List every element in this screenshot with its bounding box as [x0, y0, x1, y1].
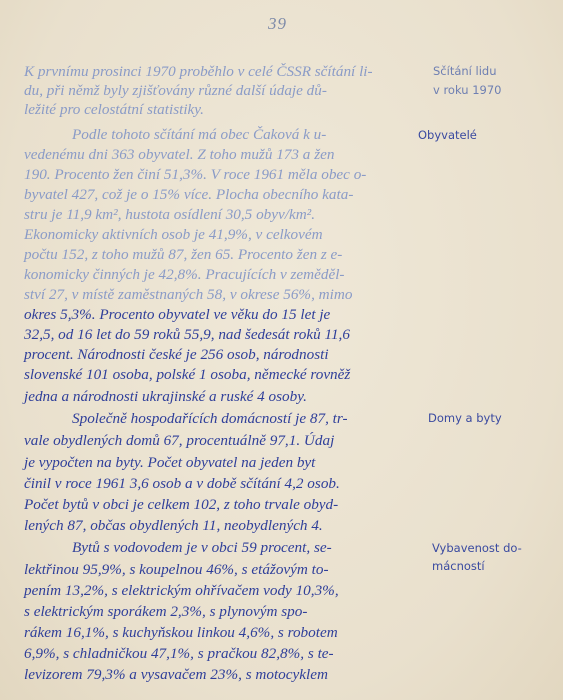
margin-note-residents: Obyvatelé [418, 130, 477, 142]
body-line: K prvnímu prosinci 1970 proběhlo v celé … [24, 64, 373, 79]
body-line: Společně hospodařících domácností je 87,… [72, 411, 348, 426]
body-line: konomicky činných je 42,8%. Pracujících … [24, 267, 345, 282]
body-line: lektřinou 95,9%, s koupelnou 46%, s etáž… [24, 562, 329, 577]
margin-note-census-heading: Sčítání lidu [433, 66, 497, 78]
body-line: lených 87, občas obydlených 11, neobydle… [24, 518, 323, 533]
body-line: činil v roce 1961 3,6 osob a v době sčít… [24, 476, 340, 491]
body-line: byvatel 427, což je o 15% více. Plocha o… [24, 187, 353, 202]
body-line: Podle tohoto sčítání má obec Čaková k u- [72, 127, 326, 142]
body-line: 6,9%, s chladničkou 47,1%, s pračkou 82,… [24, 646, 334, 661]
body-line: 190. Procento žen činí 51,3%. V roce 196… [24, 167, 366, 182]
page-number: 39 [268, 14, 287, 34]
margin-note-census-heading: v roku 1970 [433, 85, 502, 97]
body-line: Ekonomicky aktivních osob je 41,9%, v ce… [24, 227, 323, 242]
body-line: rákem 16,1%, s kuchyňskou linkou 4,6%, s… [24, 625, 338, 640]
body-line: Bytů s vodovodem je v obci 59 procent, s… [72, 540, 332, 555]
body-line: 32,5, od 16 let do 59 roků 55,9, nad šed… [24, 327, 350, 342]
margin-note-houses-flats: Domy a byty [428, 413, 502, 425]
body-line: je vypočten na byty. Počet obyvatel na j… [24, 455, 315, 470]
body-line: pením 13,2%, s elektrickým ohřívačem vod… [24, 583, 339, 598]
margin-note-household-equipment: mácností [432, 561, 485, 573]
body-line: stru je 11,9 km², hustota osídlení 30,5 … [24, 207, 315, 222]
body-line: vedenému dni 363 obyvatel. Z toho mužů 1… [24, 147, 334, 162]
body-line: slovenské 101 osoba, polské 1 osoba, něm… [24, 367, 350, 382]
margin-note-household-equipment: Vybavenost do- [432, 543, 522, 555]
body-line: du, při němž byly zjišťovány různé další… [24, 83, 327, 98]
body-line: Počet bytů v obci je celkem 102, z toho … [24, 497, 338, 512]
body-line: levizorem 79,3% a vysavačem 23%, s motoc… [24, 667, 328, 682]
body-line: s elektrickým sporákem 2,3%, s plynovým … [24, 604, 307, 619]
body-line: vale obydlených domů 67, procentuálně 97… [24, 433, 334, 448]
body-line: počtu 152, z toho mužů 87, žen 65. Proce… [24, 247, 342, 262]
body-line: ležité pro celostátní statistiky. [24, 102, 204, 117]
body-line: procent. Národnosti české je 256 osob, n… [24, 347, 329, 362]
body-line: ství 27, v místě zaměstnaných 58, v okre… [24, 287, 352, 302]
body-line: okres 5,3%. Procento obyvatel ve věku do… [24, 307, 330, 322]
body-line: jedna a národnosti ukrajinské a ruské 4 … [24, 389, 307, 404]
